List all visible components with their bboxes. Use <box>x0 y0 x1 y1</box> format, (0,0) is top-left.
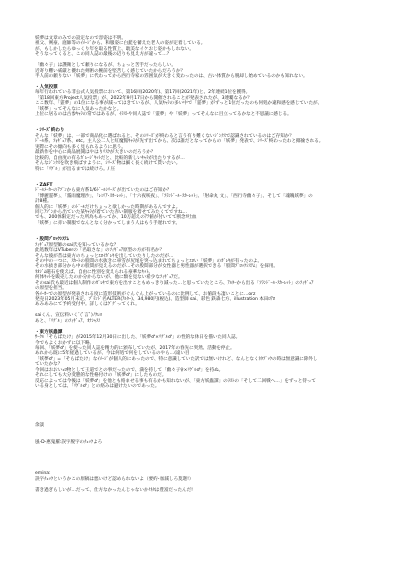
section-popularity: ・人気投票 毎年行われている非公式人気投票において、第16回(2020年)、第1… <box>35 85 395 118</box>
section-emina: emina: 誤字ﾁｪｯｸというかこの原稿は悪いけど認められないよ（要約･加減し… <box>35 471 395 493</box>
intro-paragraph: 妖夢は文章のみでの設定なので容姿は不明。 祖父、剣豪、庭師等のｲﾒｰｼﾞから、和… <box>35 36 395 58</box>
section-yodan: 余談 風-D-惠鬼羅:誤字脱字のﾁｪｯｸよろ <box>35 423 395 445</box>
document-page: 妖夢は文章のみでの設定なので容姿は不明。 祖父、剣豪、庭師等のｲﾒｰｼﾞから、和… <box>35 36 395 493</box>
section-kokan-block: ・股間ﾌﾞﾛｯｸｼｽﾃﾑ ﾌｨｷﾞｭｱ原型師のsai氏を知っているかな？ 此処数… <box>35 237 395 308</box>
sai-thanks-paragraph: saiくん、宣伝料いくﾞ(ﾟ言ﾟ)ﾉｸﾚﾖ あと、「ﾘｸﾞﾙ」のﾌｨｷﾞｭｱ、ｵ… <box>35 313 395 324</box>
youmu-note-paragraph: 「幽々子」は護衛として頼りになるが、ちょっと苦手だったらしい。 近寄り難い威厳と… <box>35 63 395 79</box>
text-line: 書き過ぎらしいが…だって、仕方なかったんじゃないか!ﾈﾀは豊富だったんだ! <box>35 488 395 493</box>
section-touhou-youchuutan: ・東方妖蟲譚 ｻｰｸﾙ「そらばたけ」が2015年12月30日に出した、「妖夢♂×… <box>35 330 395 390</box>
section-series-end: ・ｼﾘｰｽﾞ終わり そんな「妖夢」は、一部で商品化に選ばれると、そのｼﾘｰｽﾞが… <box>35 128 395 172</box>
section-zaft: ・ZAFT ﾄﾞｰﾙﾒｰｶｰのｱｿﾞﾝから東方系1/6ﾄﾞｰﾙｼﾘｰｽﾞが出てい… <box>35 183 395 227</box>
